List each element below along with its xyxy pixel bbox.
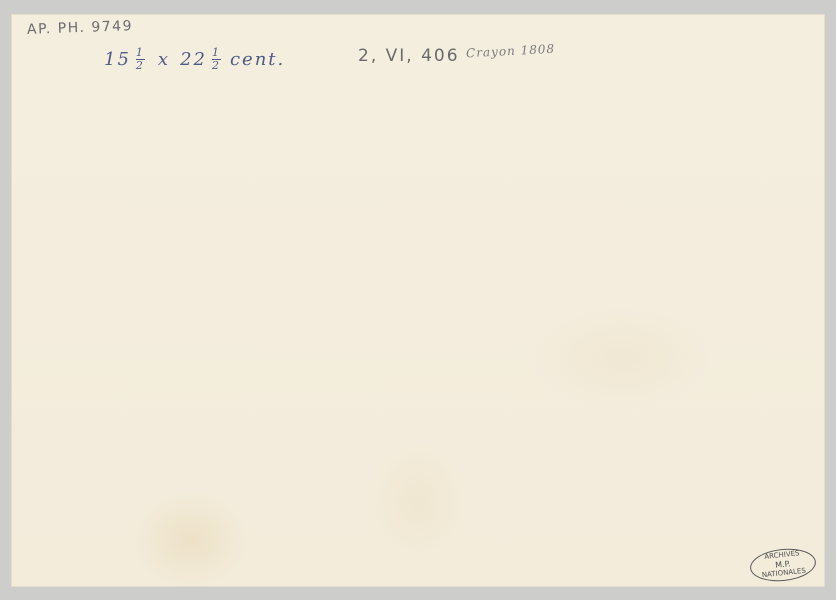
- width-frac-den: 2: [136, 61, 145, 71]
- width-fraction: 1 2: [136, 48, 145, 71]
- unit-label: cent.: [230, 49, 285, 70]
- height-whole: 22: [180, 49, 207, 70]
- reference-number-annotation: 2, VI, 406: [358, 46, 460, 66]
- card-paper: [12, 15, 824, 586]
- width-whole: 15: [104, 49, 131, 70]
- height-frac-den: 2: [212, 61, 221, 71]
- dimensions-annotation: 15 1 2 x 22 1 2 cent.: [104, 48, 285, 71]
- height-fraction: 1 2: [212, 48, 221, 71]
- height-frac-num: 1: [212, 48, 221, 58]
- times-sign: x: [158, 49, 170, 70]
- width-frac-num: 1: [136, 48, 145, 58]
